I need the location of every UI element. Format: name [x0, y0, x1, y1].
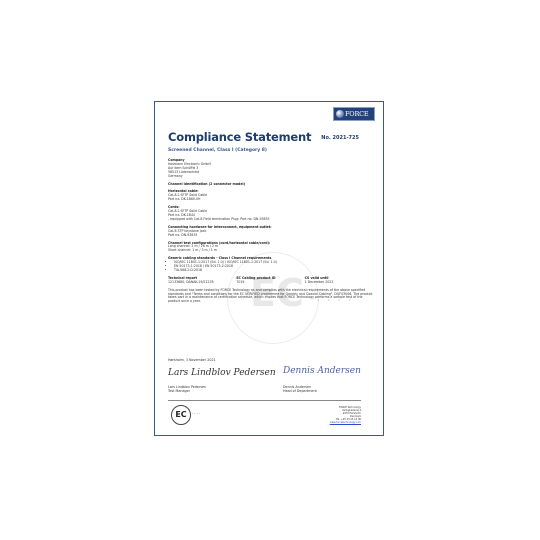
- product-id-value: 7019: [236, 281, 304, 285]
- document-body: Company Hosmann Electronic GmbH Auf dem …: [168, 159, 373, 304]
- globe-icon: [336, 110, 344, 118]
- ec-verified-logo: EC: [171, 405, 191, 425]
- document-subtitle: Screened Channel, Class I (Category 8): [168, 148, 267, 153]
- footer-divider: [168, 400, 361, 401]
- signatory-1: Lars Lindblov Pedersen Test Manager: [168, 385, 206, 393]
- signatory-1-role: Test Manager: [168, 389, 206, 393]
- certificate-document: FORCE Compliance Statement No. 2021-725 …: [154, 101, 384, 436]
- ec-logo-dots: ....: [192, 410, 201, 415]
- signature-2: Dennis Andersen: [283, 366, 361, 376]
- signatory-2: Dennis Andersen Head of Department: [283, 385, 317, 393]
- statement-number: No. 2021-725: [321, 135, 359, 141]
- valid-until-value: 1 December 2022: [305, 281, 373, 285]
- document-title: Compliance Statement: [168, 130, 311, 144]
- place-date: Hørsholm, 3 November 2021: [168, 358, 216, 362]
- website-link[interactable]: www.forcetechnology.com: [330, 421, 361, 424]
- signature-1: Lars Lindblov Pedersen: [168, 368, 276, 378]
- standards-list: ISO/IEC 11801-1:2017 (Ed. 1.0) / ISO/IEC…: [168, 261, 373, 273]
- report-info-row: Technical report 12133680, DANAK-19/2227…: [168, 277, 373, 285]
- footer-address: FORCE Technology Venlighedsvej 4 2970 Hø…: [330, 406, 361, 424]
- logo-text: FORCE: [345, 111, 368, 118]
- signatory-2-role: Head of Department: [283, 389, 317, 393]
- force-technology-logo: FORCE: [333, 107, 375, 121]
- technical-report-value: 12133680, DANAK-19/22278: [168, 281, 236, 285]
- compliance-statement-text: This product has been tested by FORCE Te…: [168, 289, 373, 305]
